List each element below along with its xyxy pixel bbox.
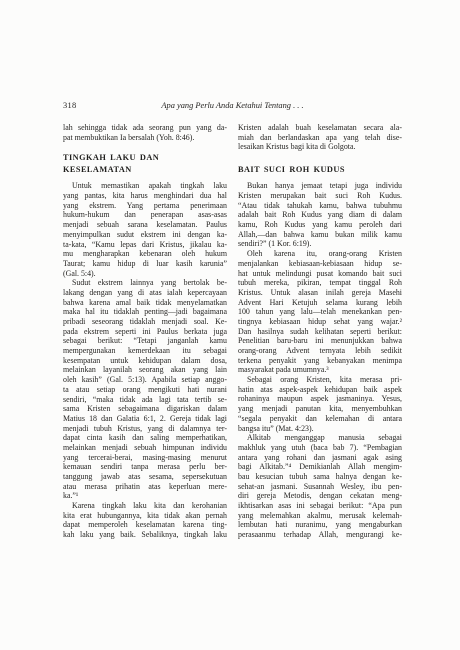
text-line: melainkan menjadi sebuah himpunan indivi… xyxy=(63,443,227,453)
column-left: lah sehingga tidak ada seorang pun yang … xyxy=(63,123,227,540)
section-heading-line: TINGKAH LAKU DAN xyxy=(63,152,227,164)
section-heading-line: KESELAMATAN xyxy=(63,164,227,176)
paragraph: Karena tingkah laku kita dan kerohaniank… xyxy=(63,501,227,540)
paragraph: Untuk memastikan apakah tingkah lakuyang… xyxy=(63,181,227,278)
text-line: tubuh mereka, pikiran, tempat tinggal Ro… xyxy=(238,278,402,288)
text-line: “Atau tidak tahukah kamu, bahwa tubuhmu xyxy=(238,201,402,211)
text-line: pada ekstrem seperti ini Paulus berkata … xyxy=(63,327,227,337)
text-line: kah laku yang baik. Sebaliknya, tingkah … xyxy=(63,530,227,540)
section-heading-line: BAIT SUCI ROH KUDUS xyxy=(238,164,402,176)
text-line: hatin atas aspek-aspek kehidupan baik as… xyxy=(238,385,402,395)
text-line: atau merasa prihatin atas keperluan mere… xyxy=(63,482,227,492)
text-line: masyarakat pada umumnya.³ xyxy=(238,365,402,375)
text-line: makhluk yang utuh (baca bab 7). “Pembagi… xyxy=(238,443,402,453)
text-line: Bukan hanya jemaat tetapi juga individu xyxy=(238,181,402,191)
text-line: Sebagai orang Kristen, kita merasa pri- xyxy=(238,375,402,385)
paragraph: Sebagai orang Kristen, kita merasa pri-h… xyxy=(238,375,402,433)
paragraph: Sudut ekstrem lainnya yang bertolak be-l… xyxy=(63,278,227,501)
text-line: lah sehingga tidak ada seorang pun yang … xyxy=(63,123,227,133)
text-line: Allah,—dan bahwa kamu bukan milik kamu xyxy=(238,230,402,240)
text-line: bangsa itu” (Mat. 4:23). xyxy=(238,424,402,434)
text-line: ikhtisarkan asas ini sebagai berikut: “A… xyxy=(238,501,402,511)
text-line: “segala penyakit dan kelemahan di antara xyxy=(238,414,402,424)
text-line: hukum-hukum dan penerapan asas-asas xyxy=(63,210,227,220)
page-header: 318 Apa yang Perlu Anda Ketahui Tentang … xyxy=(63,100,402,111)
text-line: adalah bait Roh Kudus yang diam di dalam xyxy=(238,210,402,220)
text-line: yang tercerai-berai, masing-masing menur… xyxy=(63,453,227,463)
text-line: sama Kristen sebagaimana digariskan dala… xyxy=(63,404,227,414)
text-columns: lah sehingga tidak ada seorang pun yang … xyxy=(63,123,402,540)
text-line: (Gal. 5:4). xyxy=(63,269,227,279)
text-line: perasaanmu terhadap Allah, mengurangi ke… xyxy=(238,530,402,540)
text-line: Taurat; kamu hidup di luar kasih karunia… xyxy=(63,259,227,269)
text-line: dapat cinta kasih dan saling memperhatik… xyxy=(63,433,227,443)
text-line: maka hal itu tidaklah penting—jadi bagai… xyxy=(63,307,227,317)
text-line: bau kesucian tubuh sama halnya dengan ke… xyxy=(238,472,402,482)
text-line: orang-orang Advent ternyata lebih sediki… xyxy=(238,346,402,356)
paragraph: Bukan hanya jemaat tetapi juga individuK… xyxy=(238,181,402,249)
text-line: sehat-an jasmani. Susannah Wesley, ibu p… xyxy=(238,482,402,492)
text-line: Kristus. Untuk alasan inilah gereja Mase… xyxy=(238,288,402,298)
text-block: 318 Apa yang Perlu Anda Ketahui Tentang … xyxy=(63,100,402,540)
text-line: yang menjadi panutan kita, menyembuhkan xyxy=(238,404,402,414)
paragraph: Oleh karena itu, orang-orang Kristenmenj… xyxy=(238,249,402,375)
text-line: menjadi tubuh Kristus, yang di dalamnya … xyxy=(63,424,227,434)
text-line: Untuk memastikan apakah tingkah laku xyxy=(63,181,227,191)
text-line: ta-kata, “Kamu lepas dari Kristus, jikal… xyxy=(63,240,227,250)
text-line: tanggung jawab atas sesama, sepersekutua… xyxy=(63,472,227,482)
text-line: Kristen merupakan bait suci Roh Kudus. xyxy=(238,191,402,201)
text-line: kamu, Roh Kudus yang kamu peroleh dari xyxy=(238,220,402,230)
paragraph: Alkitab menganggap manusia sebagaimakhlu… xyxy=(238,433,402,540)
text-line: yang ekstrem. Yang pertama penerimaan xyxy=(63,201,227,211)
running-header: Apa yang Perlu Anda Ketahui Tentang . . … xyxy=(63,100,402,111)
text-line: Alkitab menganggap manusia sebagai xyxy=(238,433,402,443)
text-line: 100 tahun yang lalu—telah menekankan pen… xyxy=(238,307,402,317)
text-line: Oleh karena itu, orang-orang Kristen xyxy=(238,249,402,259)
text-line: rohaninya maupun aspek jasmaninya. Yesus… xyxy=(238,394,402,404)
text-line: ta atau setiap orang mengikuti hati nura… xyxy=(63,385,227,395)
text-line: tingnya kebiasaan hidup sehat yang wajar… xyxy=(238,317,402,327)
text-line: terkena penyakit yang kebanyakan menimpa xyxy=(238,356,402,366)
text-line: miah dan berlandaskan apa yang telah dis… xyxy=(238,133,402,143)
text-line: hat untuk melindungi pusat komando bait … xyxy=(238,269,402,279)
text-line: diri gereja Metodis, dengan cekatan meng… xyxy=(238,491,402,501)
text-line: oleh kasih” (Gal. 5:13). Apabila setiap … xyxy=(63,375,227,385)
text-line: Dan hasilnya sudah kelihatan seperti ber… xyxy=(238,327,402,337)
text-line: bagi Alkitab.”⁴ Demikianlah Allah mengim… xyxy=(238,462,402,472)
text-line: melainkan layanilah seorang akan yang la… xyxy=(63,365,227,375)
text-line: mempergunakan kemerdekaan itu sebagai xyxy=(63,346,227,356)
column-right: Kristen adalah buah keselamatan secara a… xyxy=(238,123,402,540)
text-line: Karena tingkah laku kita dan kerohanian xyxy=(63,501,227,511)
text-line: sendiri?” (1 Kor. 6:19). xyxy=(238,239,402,249)
text-line: Advent Hari Ketujuh selama kurang lebih xyxy=(238,298,402,308)
text-line: mu mengharapkan kebenaran oleh hukum xyxy=(63,249,227,259)
section-heading: BAIT SUCI ROH KUDUS xyxy=(238,164,402,176)
text-line: Penelitian baru-baru ini menunjukkan bah… xyxy=(238,336,402,346)
book-page: 318 Apa yang Perlu Anda Ketahui Tentang … xyxy=(0,0,460,650)
text-line: Sudut ekstrem lainnya yang bertolak be- xyxy=(63,278,227,288)
text-line: lakang dengan yang di atas ialah keperca… xyxy=(63,288,227,298)
section-heading: TINGKAH LAKU DANKESELAMATAN xyxy=(63,152,227,175)
text-line: lesaikan Kristus bagi kita di Golgota. xyxy=(238,142,402,152)
text-line: antara yang rohani dan jasmani agak asin… xyxy=(238,453,402,463)
text-line: menyimpulkan sudut ekstrem ini dengan ka… xyxy=(63,230,227,240)
text-line: menjalankan kebiasaan-kebiasaan hidup se… xyxy=(238,259,402,269)
text-line: pat membuktikan Ia bersalah (Yoh. 8:46). xyxy=(63,133,227,143)
text-line: yang pantas, kita harus menghindari dua … xyxy=(63,191,227,201)
text-line: dapat memperoleh keselamatan karena ting… xyxy=(63,520,227,530)
text-line: sendiri, “maka tidak ada lagi tata terti… xyxy=(63,395,227,405)
text-line: pribadi seseorang tidaklah menjadi soal.… xyxy=(63,317,227,327)
paragraph: Kristen adalah buah keselamatan secara a… xyxy=(238,123,402,152)
text-line: kemauan sendiri tanpa merasa perlu ber- xyxy=(63,462,227,472)
text-line: kita erat hubungannya, kita tidak akan p… xyxy=(63,511,227,521)
text-line: kesempatan untuk kehidupan dalam dosa, xyxy=(63,356,227,366)
text-line: lembutan hati nuranimu, yang mengaburkan xyxy=(238,520,402,530)
text-line: yang melemahkan akalmu, merusak kelemah- xyxy=(238,511,402,521)
text-line: Matius 18 dan Galatia 6:1, 2. Gereja tid… xyxy=(63,414,227,424)
text-line: ka.”¹ xyxy=(63,491,227,501)
text-line: menjadi sebuah sarana keselamatan. Paulu… xyxy=(63,220,227,230)
paragraph: lah sehingga tidak ada seorang pun yang … xyxy=(63,123,227,142)
text-line: Kristen adalah buah keselamatan secara a… xyxy=(238,123,402,133)
text-line: sebagai berikut: “Tetapi janganlah kamu xyxy=(63,336,227,346)
text-line: bahwa karena amal baik tidak menyelamatk… xyxy=(63,298,227,308)
